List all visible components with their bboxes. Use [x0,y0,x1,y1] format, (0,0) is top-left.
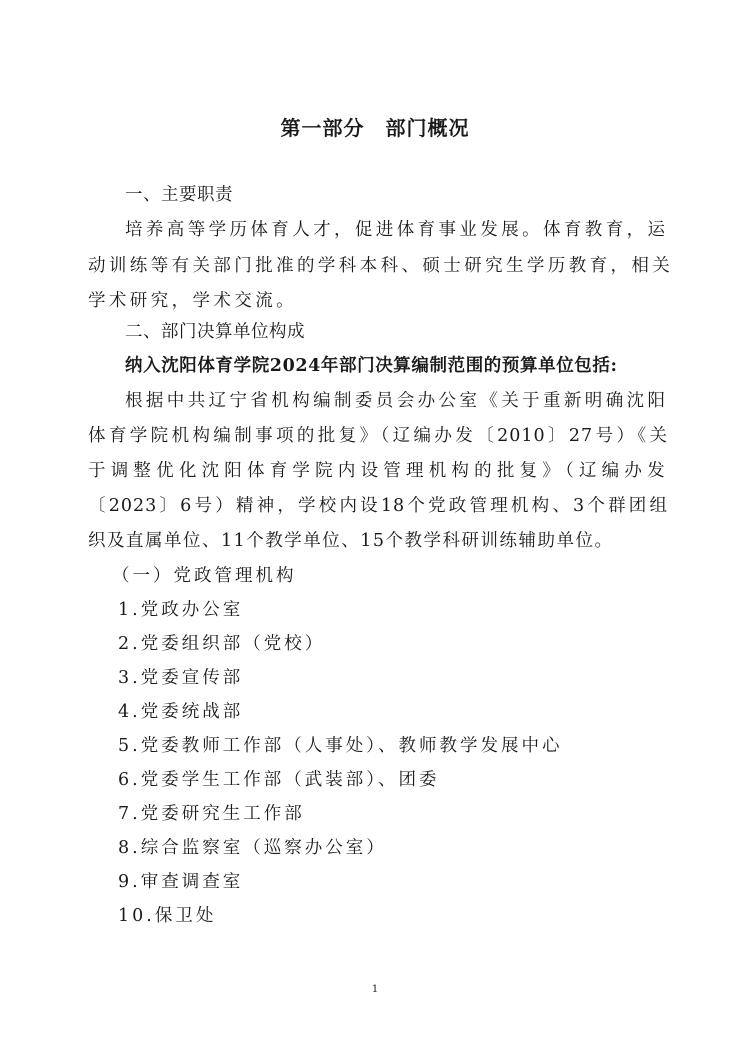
paragraph-line: 体育学院机构编制事项的批复》（辽编办发〔2010〕27号）《关 [88,426,668,446]
list-item: 4.党委统战部 [118,702,698,722]
list-item: 9.审查调查室 [118,872,698,892]
list-item: 10.保卫处 [118,906,698,926]
list-item: 8.综合监察室（巡察办公室） [118,838,698,858]
section-heading-units: 二、部门决算单位构成 [125,322,705,342]
paragraph-line: 根据中共辽宁省机构编制委员会办公室《关于重新明确沈阳 [125,391,668,411]
section-heading-main-duties: 一、主要职责 [125,185,705,205]
page-title: 第一部分 部门概况 [0,112,750,141]
paragraph-line: 织及直属单位、11个教学单位、15个教学科研训练辅助单位。 [88,531,668,551]
paragraph-line: 〔2023〕6号）精神，学校内设18个党政管理机构、3个群团组 [88,496,668,516]
paragraph-line: 动训练等有关部门批准的学科本科、硕士研究生学历教育，相关 [88,256,668,276]
paragraph-line: 于调整优化沈阳体育学院内设管理机构的批复》（辽编办发 [88,461,668,481]
paragraph-line: 学术研究，学术交流。 [88,291,668,311]
list-item: 6.党委学生工作部（武装部）、团委 [118,770,698,790]
list-item: 1.党政办公室 [118,600,698,620]
subsection-heading: （一）党政管理机构 [112,566,692,586]
list-item: 7.党委研究生工作部 [118,804,698,824]
list-item: 2.党委组织部（党校） [118,634,698,654]
bold-paragraph-line: 纳入沈阳体育学院2024年部门决算编制范围的预算单位包括: [125,356,705,376]
page-number: 1 [0,984,750,995]
document-page: 第一部分 部门概况 一、主要职责 培养高等学历体育人才，促进体育事业发展。体育教… [0,0,750,1061]
list-item: 5.党委教师工作部（人事处）、教师教学发展中心 [118,736,698,756]
list-item: 3.党委宣传部 [118,668,698,688]
paragraph-line: 培养高等学历体育人才，促进体育事业发展。体育教育，运 [125,220,668,240]
